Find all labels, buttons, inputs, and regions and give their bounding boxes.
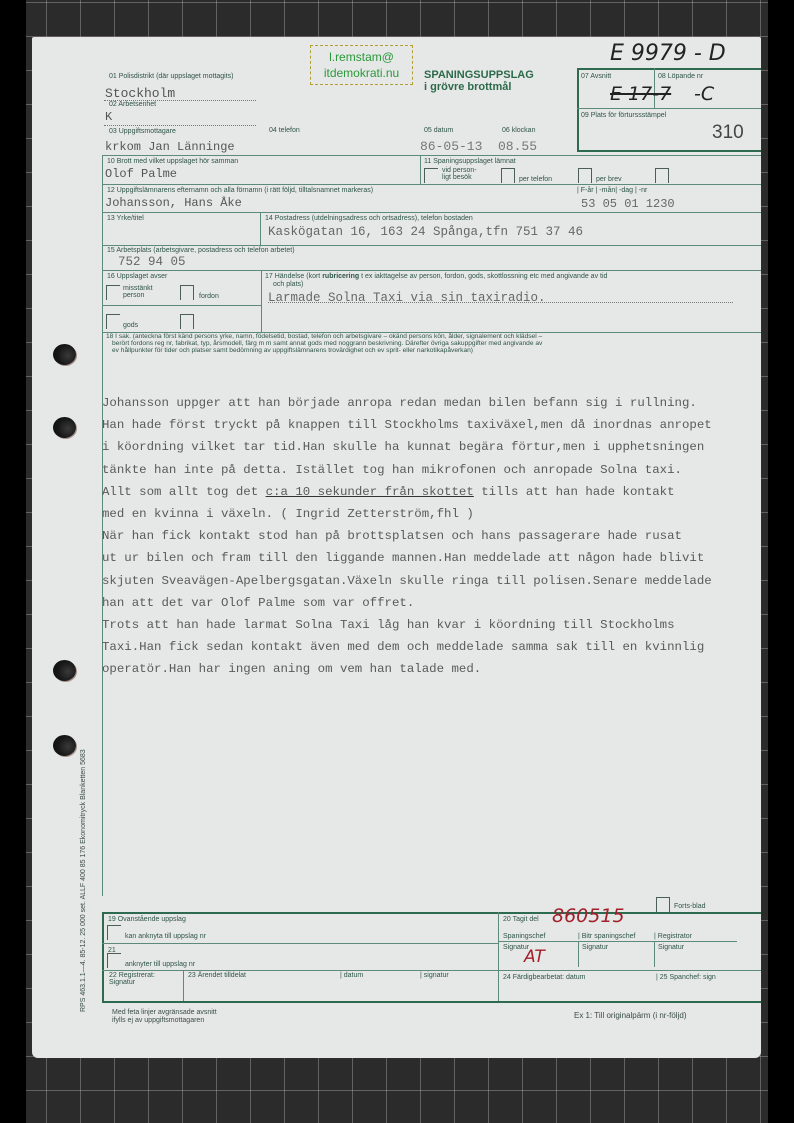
label-ovanstaende-uppslag: 19 Ovanstående uppslag [108,916,186,923]
checkbox-kan-anknyta[interactable] [107,925,121,940]
punch-hole [53,735,76,756]
body-line-head: Allt som allt tog det [102,485,266,499]
body-line: Taxi.Han fick sedan kontakt även med dem… [102,636,712,658]
col-line [183,970,184,1001]
label-per-telefon: per telefon [519,176,552,183]
body-line: skjuten Sveavägen-Apelbergsgatan.Växeln … [102,570,712,592]
label-kan-anknyta: kan anknyta till uppslag nr [125,933,206,940]
label-arbetsenhet: 02 Arbetsenhet [109,101,156,108]
body-line: han att det var Olof Palme som var offre… [102,592,712,614]
dotted-line [104,125,256,126]
row-line [102,155,761,156]
label-postadress: 14 Postadress (utdelningsadress och orts… [265,215,473,222]
checkbox-unlabeled-16[interactable] [180,314,194,329]
label-spaningsuppslaget-lamnat: 11 Spaningsuppslaget lämnat [424,158,516,165]
footer-note-line: Med feta linjer avgränsade avsnitt [112,1009,217,1017]
document-page: l.remstam@ itdemokrati.nu E 9979 - D SPA… [32,37,761,1058]
label-brott: 10 Brott med vilket uppslaget hör samman [107,158,238,165]
row-line [102,305,261,306]
row-line [102,212,761,213]
value-fodelsedata: 53 05 01 1230 [581,198,675,210]
body-line: med en kvinna i växeln. ( Ingrid Zetters… [102,503,712,525]
label-registrerat: 22 Registrerat: Signatur [109,972,155,987]
printer-imprint: RPS 463.1.1—4. 85-12. 25 000 set. ALLF 4… [80,749,87,1012]
row-line [102,970,761,971]
body-line: i köordning vilket tar tid.Han skulle ha… [102,436,712,458]
label-uppgiftsmottagare: 03 Uppgiftsmottagare [109,128,176,135]
checkbox-per-telefon[interactable] [501,168,515,183]
form-title-line1: SPANINGSUPPSLAG [424,69,534,81]
label-arendet-tilldelat: 23 Ärendet tilldelat [188,972,246,979]
handwritten-avsnitt-struck: E 17-7 [610,85,671,104]
label-tagit-del: 20 Tagit del [503,916,539,923]
box-border [102,1001,761,1003]
body-line-underlined: c:a 10 sekunder från skottet [266,485,474,499]
label-lopande-nr: 08 Löpande nr [658,73,703,80]
punch-hole [53,660,76,681]
label-arbetsplats: 15 Arbetsplats (arbetsgivare, postadress… [107,247,295,254]
body-line: Allt som allt tog det c:a 10 sekunder fr… [102,481,712,503]
checkbox-misstankt-person[interactable] [106,285,120,300]
label-fordon: fordon [199,293,219,300]
col-line [654,941,655,967]
row-line [102,184,761,185]
value-uppgiftsmottagare: krkom Jan Länninge [105,141,235,153]
watermark-email: l.remstam@ itdemokrati.nu [310,45,413,85]
checkbox-per-brev[interactable] [578,168,592,183]
label-forturs: 09 Plats för förturssstämpel [581,112,666,119]
label-fardigbearbetat: 24 Färdigbearbetat: datum [503,974,586,981]
checkbox-anknyter[interactable] [107,953,121,968]
label-spanchef-sign: | 25 Spanchef: sign [656,974,716,981]
body-line: Trots att han hade larmat Solna Taxi låg… [102,614,712,636]
label-yrke: 13 Yrke/titel [107,215,144,222]
label-uppgiftslamnare: 12 Uppgiftslämnarens efternamn och alla … [107,187,373,194]
box-divider [577,108,761,109]
handwritten-signature: AT [524,949,545,966]
label-registrator: | Registrator [654,933,692,940]
value-brott: Olof Palme [105,168,177,180]
label-handelse-bold: rubricering [322,273,359,280]
box-border [102,912,104,1003]
value-arbetsplats: 752 94 05 [118,256,186,269]
row-line [498,941,737,942]
col-line [420,155,421,184]
box-border [577,150,761,152]
handwritten-avsnitt-suffix: -C [694,85,714,104]
watermark-line: l.remstam@ [311,49,412,65]
label-klockan: 06 klockan [502,127,535,134]
punch-hole [53,417,76,438]
label-signatur-registrator: Signatur [658,944,684,951]
col-line [498,912,499,1001]
label-spaningschef: Spaningschef [503,933,545,940]
punch-hole [53,344,76,365]
box-border [577,68,579,152]
label-polisdistrikt: 01 Polisdistrikt (där uppslaget mottagit… [109,73,234,80]
label-uppslaget-avser: 16 Uppslaget avser [107,273,167,280]
value-postadress: Kaskögatan 16, 163 24 Spånga,tfn 751 37 … [268,226,583,239]
checkbox-forts-blad[interactable] [656,897,670,912]
checkbox-vid-personligt-besok[interactable] [424,168,438,183]
dotted-line [268,302,733,303]
body-line: ut ur bilen och fram till den liggande m… [102,547,712,569]
label-forts-blad: Forts-blad [674,903,706,910]
label-vid-personligt-besok: vid person- ligt besök [442,167,477,182]
label-datum: 05 datum [424,127,453,134]
footer-note-right: Ex 1: Till originalpärm (i nr-följd) [574,1011,686,1020]
footer-note-left: Med feta linjer avgränsade avsnitt ifyll… [112,1009,217,1025]
value-datum: 86-05-13 [420,140,482,153]
label-telefon: 04 telefon [269,127,300,134]
label-bitr-spaningschef: | Bitr spaningschef [578,933,635,940]
footer-note-line: ifylls ej av uppgiftsmottagaren [112,1017,217,1025]
form-title-line2: i grövre brottmål [424,81,534,93]
row-line [102,245,761,246]
value-arbetsenhet: K [105,111,112,123]
body-line-tail: tills att han hade kontakt [474,485,675,499]
box-border [102,912,761,914]
box-border [577,68,761,70]
row-line [102,270,761,271]
label-datum-23: | datum [340,972,363,979]
col-line [102,155,103,271]
checkbox-unlabeled[interactable] [655,168,669,183]
label-per-brev: per brev [596,176,622,183]
value-klockan: 08.55 [498,140,537,153]
value-forturs-number: 310 [712,123,744,142]
label-avsnitt: 07 Avsnitt [581,73,611,80]
body-line: operatör.Han har ingen aning om vem han … [102,658,712,680]
col-line [102,270,103,336]
body-line: tänkte han inte på detta. Istället tog h… [102,459,712,481]
label-signatur-23: | signatur [420,972,449,979]
checkbox-gods[interactable] [106,314,120,329]
col-line [578,941,579,967]
label-handelse-post: t ex iakttagelse av person, fordon, gods… [359,273,607,280]
value-uppgiftslamnare: Johansson, Hans Åke [105,197,242,209]
value-polisdistrikt: Stockholm [105,87,175,100]
watermark-line: itdemokrati.nu [311,65,412,81]
handwritten-reference: E 9979 - D [610,43,726,65]
label-gods: gods [123,322,138,329]
checkbox-fordon[interactable] [180,285,194,300]
statement-body: Johansson uppger att han började anropa … [102,392,712,680]
body-line: Johansson uppger att han började anropa … [102,392,712,414]
label-signatur-bitr: Signatur [582,944,608,951]
label-handelse-line2: och plats) [273,281,303,288]
label-fodelsedata: | F-år | -mån| -dag | -nr [577,187,647,194]
label-misstankt-person: misstänkt person [123,285,153,300]
row-line [102,943,498,944]
form-title: SPANINGSUPPSLAG i grövre brottmål [424,69,534,93]
label-handelse: 17 Händelse (kort rubricering t ex iaktt… [265,273,607,280]
col-line [260,212,261,245]
handwritten-tagit-del-date: 860515 [552,907,625,926]
label-anknyter: anknyter till uppslag nr [125,961,195,968]
label-handelse-pre: 17 Händelse (kort [265,273,322,280]
body-line: När han fick kontakt stod han på brottsp… [102,525,712,547]
col-line [261,270,262,332]
body-line: Han hade först tryckt på knappen till St… [102,414,712,436]
label-i-sak-line3: ev hållpunkter för tider och platser sam… [112,348,473,355]
